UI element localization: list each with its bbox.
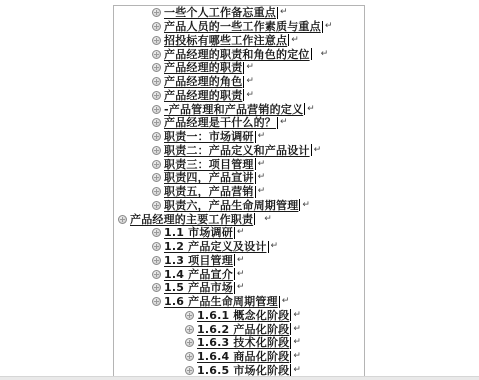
outline-item-text[interactable]: 1.6 产品生命周期管理 (164, 295, 278, 308)
outline-item[interactable]: 1.5 产品市场 ↵ (114, 281, 364, 295)
text-cursor (290, 323, 291, 335)
outline-item[interactable]: 1.6.4 商品化阶段 ↵ (114, 350, 364, 364)
outline-item-text[interactable]: 1.6.5 市场化阶段 (197, 364, 289, 377)
outline-item-text[interactable]: 1.5 产品市场 (164, 281, 233, 294)
outline-expand-icon[interactable] (152, 173, 161, 182)
text-cursor (299, 199, 300, 211)
paragraph-mark: ↵ (271, 240, 279, 253)
outline-item[interactable]: 产品经理的职责和角色的定位 ↵ (114, 47, 364, 61)
outline-item[interactable]: 职责一：市场调研 ↵ (114, 130, 364, 144)
outline-expand-icon[interactable] (152, 201, 161, 210)
text-cursor (279, 296, 280, 308)
text-cursor (243, 89, 244, 101)
window-bottom-edge (0, 376, 479, 380)
text-cursor (290, 351, 291, 363)
paragraph-mark: ↵ (258, 158, 266, 171)
paragraph-mark: ↵ (282, 295, 290, 308)
outline-item-text[interactable]: 职责五，产品营销 (164, 185, 254, 198)
outline-item[interactable]: 1.4 产品宣介 ↵ (114, 267, 364, 281)
outline-item[interactable]: 职责六，产品生命周期管理 ↵ (114, 199, 364, 213)
outline-expand-icon[interactable] (152, 242, 161, 251)
text-cursor (234, 227, 235, 239)
outline-item[interactable]: 一些个人工作备忘重点 ↵ (114, 6, 364, 20)
paragraph-mark: ↵ (291, 34, 299, 47)
paragraph-mark: ↵ (293, 336, 301, 349)
outline-item-text[interactable]: 职责四，产品宣讲 (164, 171, 254, 184)
paragraph-mark: ↵ (237, 254, 245, 267)
paragraph-mark: ↵ (246, 61, 254, 74)
outline-item-text[interactable]: 1.4 产品宣介 (164, 268, 233, 281)
text-cursor (255, 131, 256, 143)
outline-item[interactable]: 职责三：项目管理 ↵ (114, 157, 364, 171)
outline-item-text[interactable]: 职责二：产品定义和产品设计 (164, 144, 310, 157)
text-cursor (234, 254, 235, 266)
paragraph-mark: ↵ (280, 6, 288, 19)
outline-item[interactable]: 产品经理的职责 ↵ (114, 61, 364, 75)
outline-expand-icon[interactable] (152, 228, 161, 237)
outline-expand-icon[interactable] (152, 77, 161, 86)
outline-item-text[interactable]: 1.6.1 概念化阶段 (197, 309, 289, 322)
outline-item[interactable]: 职责五，产品营销 ↵ (114, 185, 364, 199)
outline-expand-icon[interactable] (185, 325, 194, 334)
outline-item[interactable]: 产品经理是干什么的？ ↵ (114, 116, 364, 130)
outline-expand-icon[interactable] (185, 338, 194, 347)
outline-item-text[interactable]: 产品经理的职责 (164, 61, 242, 74)
outline-expand-icon[interactable] (152, 187, 161, 196)
outline-expand-icon[interactable] (152, 256, 161, 265)
outline-item-text[interactable]: 1.6.3 技术化阶段 (197, 336, 289, 349)
outline-item-text[interactable]: -产品管理和产品营销的定义 (164, 103, 303, 116)
outline-item-text[interactable]: 1.6.4 商品化阶段 (197, 350, 289, 363)
text-cursor (290, 309, 291, 321)
paragraph-mark: ↵ (264, 213, 272, 226)
paragraph-mark: ↵ (293, 350, 301, 363)
outline-item-text[interactable]: 1.3 项目管理 (164, 254, 233, 267)
outline-item[interactable]: 职责二：产品定义和产品设计 ↵ (114, 144, 364, 158)
outline-item-text[interactable]: 1.1 市场调研 (164, 226, 233, 239)
outline-expand-icon[interactable] (152, 63, 161, 72)
paragraph-mark: ↵ (293, 364, 301, 377)
outline-item-text[interactable]: 产品经理的主要工作职责 (130, 213, 253, 226)
outline-item[interactable]: 招投标有哪些工作注意点 ↵ (114, 34, 364, 48)
text-cursor (277, 117, 278, 129)
text-cursor (243, 62, 244, 74)
outline-expand-icon[interactable] (152, 50, 161, 59)
outline-item-text[interactable]: 一些个人工作备忘重点 (164, 6, 276, 19)
paragraph-mark: ↵ (258, 171, 266, 184)
outline-item[interactable]: 产品经理的角色 ↵ (114, 75, 364, 89)
paragraph-mark: ↵ (321, 48, 329, 61)
text-cursor (311, 48, 312, 60)
text-cursor (255, 172, 256, 184)
outline-expand-icon[interactable] (152, 118, 161, 127)
outline-item[interactable]: 1.2 产品定义及设计 ↵ (114, 240, 364, 254)
outline-expand-icon[interactable] (152, 297, 161, 306)
outline-item[interactable]: 1.6.1 概念化阶段 ↵ (114, 309, 364, 323)
outline-item-text[interactable]: 1.2 产品定义及设计 (164, 240, 267, 253)
text-cursor (255, 186, 256, 198)
outline-expand-icon[interactable] (152, 146, 161, 155)
outline-expand-icon[interactable] (152, 105, 161, 114)
outline-expand-icon[interactable] (152, 283, 161, 292)
outline-expand-icon[interactable] (185, 311, 194, 320)
outline-item[interactable]: 职责四，产品宣讲 ↵ (114, 171, 364, 185)
paragraph-mark: ↵ (280, 116, 288, 129)
outline-expand-icon[interactable] (152, 91, 161, 100)
paragraph-mark: ↵ (307, 103, 315, 116)
outline-item[interactable]: 1.6 产品生命周期管理 ↵ (114, 295, 364, 309)
paragraph-mark: ↵ (293, 323, 301, 336)
outline-item[interactable]: 产品人员的一些工作素质与重点 ↵ (114, 20, 364, 34)
outline-item-text[interactable]: 产品经理的职责 (164, 89, 242, 102)
text-cursor (304, 103, 305, 115)
paragraph-mark: ↵ (293, 309, 301, 322)
text-cursor (277, 7, 278, 19)
outline-item[interactable]: 1.6.3 技术化阶段 ↵ (114, 336, 364, 350)
outline-item[interactable]: 产品经理的主要工作职责 ↵ (114, 212, 364, 226)
outline-item[interactable]: 1.6.2 产品化阶段 ↵ (114, 322, 364, 336)
outline-expand-icon[interactable] (152, 8, 161, 17)
paragraph-mark: ↵ (258, 185, 266, 198)
outline-view: 一些个人工作备忘重点 ↵ 产品人员的一些工作素质与重点 ↵ 招投标有哪些工作注意… (114, 6, 364, 380)
outline-item[interactable]: 产品经理的职责 ↵ (114, 89, 364, 103)
document-page: 一些个人工作备忘重点 ↵ 产品人员的一些工作素质与重点 ↵ 招投标有哪些工作注意… (113, 5, 365, 380)
outline-item-text[interactable]: 产品经理是干什么的？ (164, 116, 276, 129)
paragraph-mark: ↵ (325, 20, 333, 33)
outline-expand-icon[interactable] (152, 36, 161, 45)
outline-item-text[interactable]: 1.6.2 产品化阶段 (197, 323, 289, 336)
text-cursor (254, 213, 255, 225)
outline-item[interactable]: -产品管理和产品营销的定义 ↵ (114, 102, 364, 116)
paragraph-mark: ↵ (302, 199, 310, 212)
paragraph-mark: ↵ (314, 144, 322, 157)
outline-expand-icon[interactable] (118, 215, 127, 224)
paragraph-mark: ↵ (237, 226, 245, 239)
outline-item-text[interactable]: 产品经理的职责和角色的定位 (164, 48, 310, 61)
paragraph-mark: ↵ (237, 281, 245, 294)
paragraph-mark: ↵ (237, 268, 245, 281)
text-cursor (322, 21, 323, 33)
outline-item[interactable]: 1.1 市场调研 ↵ (114, 226, 364, 240)
paragraph-mark: ↵ (258, 130, 266, 143)
text-cursor (290, 364, 291, 376)
outline-item-text[interactable]: 产品人员的一些工作素质与重点 (164, 20, 321, 33)
outline-expand-icon[interactable] (152, 160, 161, 169)
outline-item-text[interactable]: 职责三：项目管理 (164, 158, 254, 171)
text-cursor (234, 282, 235, 294)
text-cursor (311, 144, 312, 156)
outline-item[interactable]: 1.3 项目管理 ↵ (114, 254, 364, 268)
paragraph-mark: ↵ (246, 89, 254, 102)
outline-item-text[interactable]: 职责一：市场调研 (164, 130, 254, 143)
text-cursor (290, 337, 291, 349)
text-cursor (234, 268, 235, 280)
text-cursor (255, 158, 256, 170)
text-cursor (243, 76, 244, 88)
text-cursor (268, 241, 269, 253)
outline-expand-icon[interactable] (152, 132, 161, 141)
outline-item-text[interactable]: 职责六，产品生命周期管理 (164, 199, 298, 212)
text-cursor (288, 34, 289, 46)
outline-item-text[interactable]: 产品经理的角色 (164, 75, 242, 88)
outline-expand-icon[interactable] (185, 352, 194, 361)
outline-item-text[interactable]: 招投标有哪些工作注意点 (164, 34, 287, 47)
outline-expand-icon[interactable] (185, 366, 194, 375)
outline-expand-icon[interactable] (152, 270, 161, 279)
outline-expand-icon[interactable] (152, 22, 161, 31)
paragraph-mark: ↵ (246, 75, 254, 88)
